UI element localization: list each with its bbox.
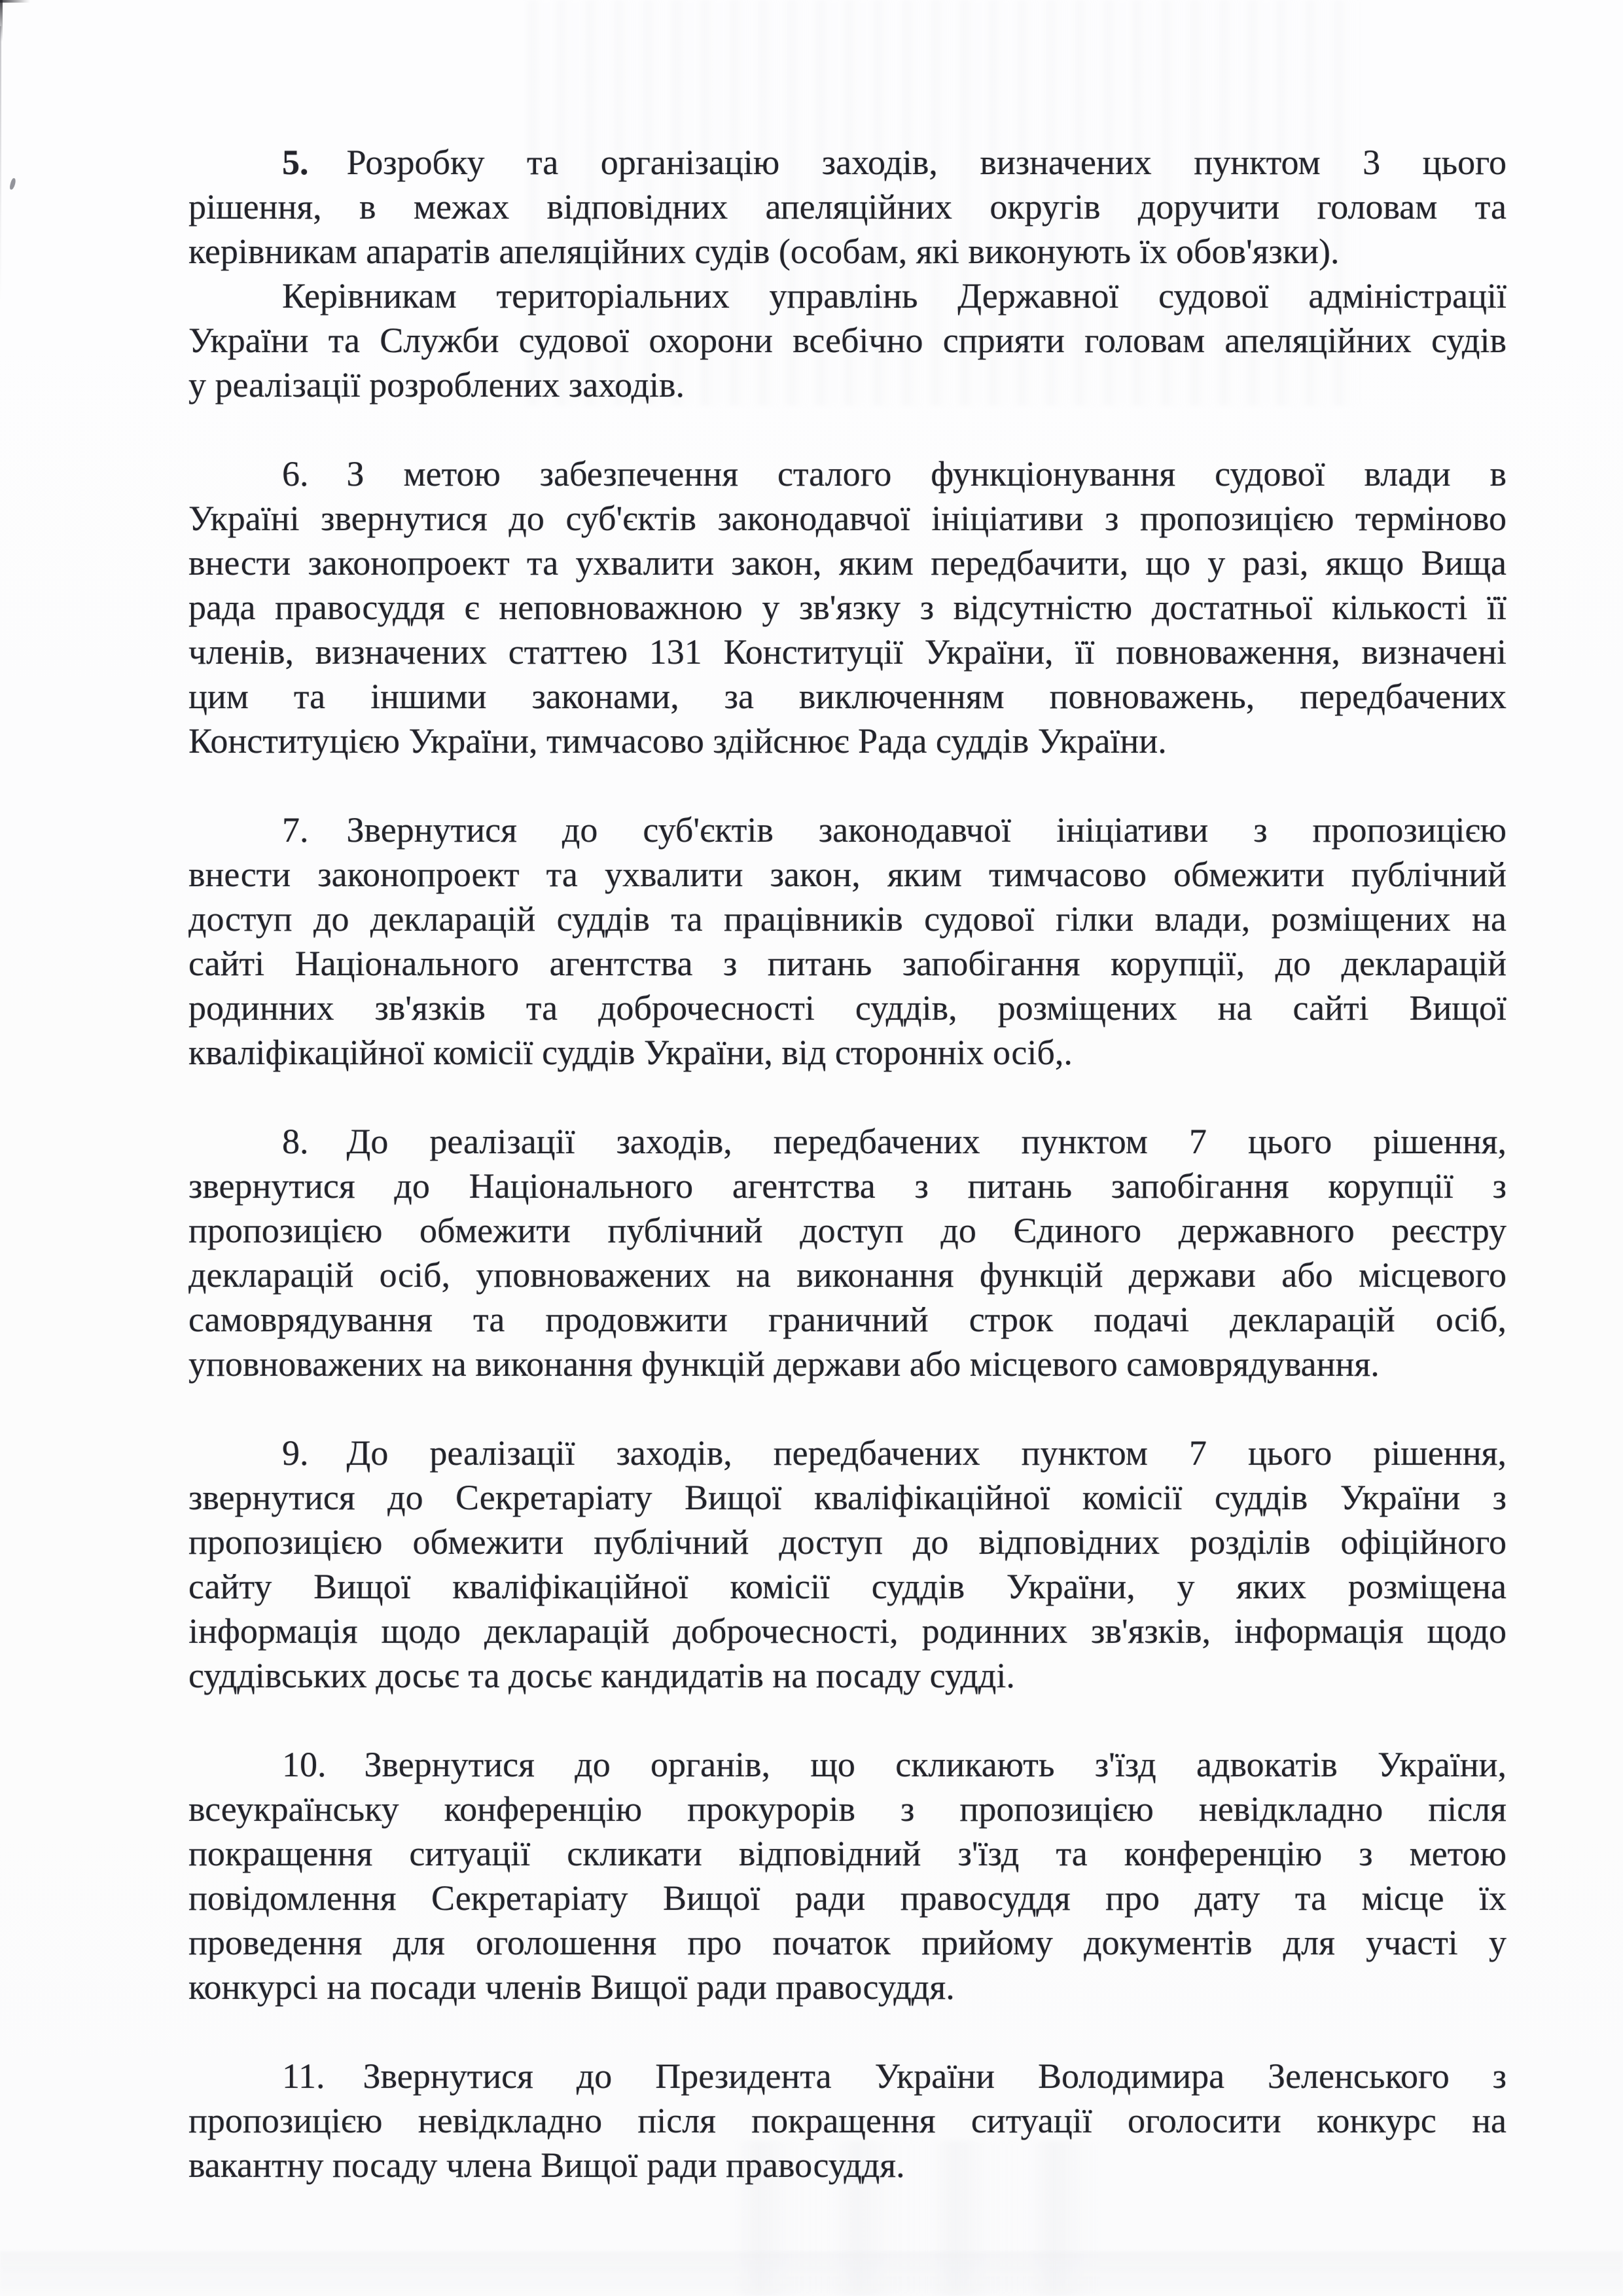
text-line: у реалізації розроблених заходів. bbox=[188, 363, 1507, 407]
text-line: сайті Національного агентства з питань з… bbox=[188, 941, 1507, 986]
text-line: сайту Вищої кваліфікаційної комісії судд… bbox=[188, 1564, 1507, 1609]
text-line: внести законопроект та ухвалити закон, я… bbox=[188, 541, 1507, 585]
text-line: родинних зв'язків та доброчесності судді… bbox=[188, 986, 1507, 1030]
text-line: Керівникам територіальних управлінь Держ… bbox=[188, 274, 1507, 318]
text-line-content: Звернутися до суб'єктів законодавчої іні… bbox=[347, 810, 1507, 850]
text-line-content: Звернутися до Президента України Володим… bbox=[363, 2056, 1507, 2096]
scan-artifact-bottom-shade bbox=[0, 2251, 1623, 2296]
text-line: доступ до декларацій суддів та працівник… bbox=[188, 897, 1507, 941]
text-line-content: З метою забезпечення сталого функціонува… bbox=[347, 454, 1507, 493]
paragraph-number: 6. bbox=[282, 454, 347, 493]
text-line: пропозицією невідкладно після покращення… bbox=[188, 2098, 1507, 2143]
paragraph-number: 7. bbox=[282, 810, 347, 850]
paragraph-9: 9.До реалізації заходів, передбачених пу… bbox=[188, 1431, 1507, 1698]
scan-border-top bbox=[0, 0, 30, 3]
document-page: 5.Розробку та організацію заходів, визна… bbox=[0, 0, 1623, 2296]
scan-edge-shadow bbox=[0, 26, 1, 301]
text-line: проведення для оголошення про початок пр… bbox=[188, 1920, 1507, 1965]
scan-speck bbox=[9, 177, 16, 190]
paragraph-number: 9. bbox=[282, 1433, 347, 1473]
text-line: 8.До реалізації заходів, передбачених пу… bbox=[188, 1119, 1507, 1164]
text-line: цим та іншими законами, за виключенням п… bbox=[188, 674, 1507, 719]
text-line: України та Служби судової охорони всебіч… bbox=[188, 318, 1507, 363]
text-line: звернутися до Національного агентства з … bbox=[188, 1164, 1507, 1208]
text-line: 7.Звернутися до суб'єктів законодавчої і… bbox=[188, 808, 1507, 852]
text-line-content: До реалізації заходів, передбачених пунк… bbox=[347, 1433, 1507, 1473]
text-line: конкурсі на посади членів Вищої ради пра… bbox=[188, 1965, 1507, 2009]
paragraph-5-continuation: Керівникам територіальних управлінь Держ… bbox=[188, 274, 1507, 407]
text-line: пропозицією обмежити публічний доступ до… bbox=[188, 1520, 1507, 1564]
paragraph-6: 6.З метою забезпечення сталого функціону… bbox=[188, 452, 1507, 763]
text-line: кваліфікаційної комісії суддів України, … bbox=[188, 1030, 1507, 1075]
text-line-content: Звернутися до органів, що скликають з'їз… bbox=[365, 1745, 1507, 1784]
text-line: всеукраїнську конференцію прокурорів з п… bbox=[188, 1787, 1507, 1831]
text-line: 5.Розробку та організацію заходів, визна… bbox=[188, 140, 1507, 185]
text-line: 9.До реалізації заходів, передбачених пу… bbox=[188, 1431, 1507, 1475]
paragraph-number: 5. bbox=[282, 143, 347, 182]
text-line: 6.З метою забезпечення сталого функціону… bbox=[188, 452, 1507, 496]
text-line: Україні звернутися до суб'єктів законода… bbox=[188, 496, 1507, 541]
text-line: повідомлення Секретаріату Вищої ради пра… bbox=[188, 1876, 1507, 1920]
text-line: вакантну посаду члена Вищої ради правосу… bbox=[188, 2143, 1507, 2187]
paragraph-10: 10.Звернутися до органів, що скликають з… bbox=[188, 1742, 1507, 2009]
text-line: покращення ситуації скликати відповідний… bbox=[188, 1831, 1507, 1876]
paragraph-number: 8. bbox=[282, 1122, 347, 1161]
text-line: внести законопроект та ухвалити закон, я… bbox=[188, 852, 1507, 897]
paragraph-11: 11.Звернутися до Президента України Воло… bbox=[188, 2054, 1507, 2187]
document-text-block: 5.Розробку та організацію заходів, визна… bbox=[188, 140, 1507, 2232]
text-line: членів, визначених статтею 131 Конституц… bbox=[188, 630, 1507, 674]
text-line: рішення, в межах відповідних апеляційних… bbox=[188, 185, 1507, 229]
text-line: звернутися до Секретаріату Вищої кваліфі… bbox=[188, 1475, 1507, 1520]
paragraph-number: 11. bbox=[282, 2056, 363, 2096]
text-line: уповноважених на виконання функцій держа… bbox=[188, 1342, 1507, 1386]
paragraph-7: 7.Звернутися до суб'єктів законодавчої і… bbox=[188, 808, 1507, 1075]
text-line: декларацій осіб, уповноважених на викона… bbox=[188, 1253, 1507, 1297]
text-line: рада правосуддя є неповноважною у зв'язк… bbox=[188, 585, 1507, 630]
text-line-content: До реалізації заходів, передбачених пунк… bbox=[347, 1122, 1507, 1161]
text-line: 10.Звернутися до органів, що скликають з… bbox=[188, 1742, 1507, 1787]
text-line: пропозицією обмежити публічний доступ до… bbox=[188, 1208, 1507, 1253]
paragraph-5: 5.Розробку та організацію заходів, визна… bbox=[188, 140, 1507, 274]
text-line: суддівських досьє та досьє кандидатів на… bbox=[188, 1653, 1507, 1698]
text-line: керівникам апаратів апеляційних судів (о… bbox=[188, 229, 1507, 274]
text-line: Конституцією України, тимчасово здійснює… bbox=[188, 719, 1507, 763]
paragraph-number: 10. bbox=[282, 1745, 365, 1784]
paragraph-8: 8.До реалізації заходів, передбачених пу… bbox=[188, 1119, 1507, 1386]
text-line: інформація щодо декларацій доброчесності… bbox=[188, 1609, 1507, 1653]
text-line-content: Розробку та організацію заходів, визначе… bbox=[347, 143, 1507, 182]
text-line: 11.Звернутися до Президента України Воло… bbox=[188, 2054, 1507, 2098]
text-line: самоврядування та продовжити граничний с… bbox=[188, 1297, 1507, 1342]
